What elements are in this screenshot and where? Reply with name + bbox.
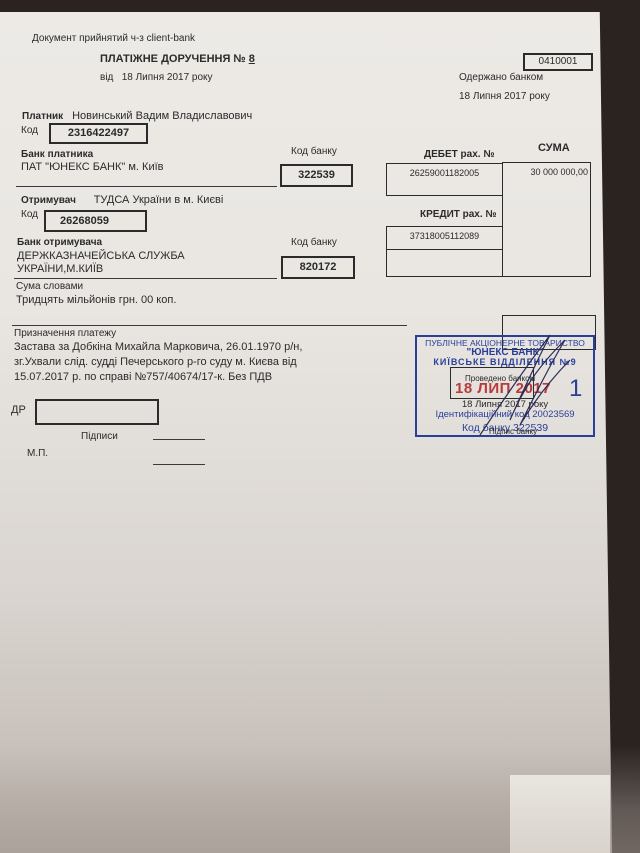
stamp-red-date: 18 ЛИП 2017 xyxy=(455,380,551,397)
recipient-code-box: 26268059 xyxy=(44,210,147,232)
received-label: Одержано банком xyxy=(459,72,543,83)
recipient-row: Отримувач ТУДСА України в м. Києві xyxy=(21,190,223,208)
form-code-box: 0410001 xyxy=(523,53,593,71)
recipient-label: Отримувач xyxy=(21,195,76,206)
dr-label: ДР xyxy=(11,404,26,416)
recipient-bank-name-2: УКРАЇНИ,М.КИЇВ xyxy=(17,263,103,275)
payer-row: Платник Новинський Вадим Владиславович xyxy=(22,106,252,124)
purpose-line-2: зг.Ухвали слід. судді Печерського р-го с… xyxy=(14,356,297,368)
amount-words-value: Тридцять мільйонів грн. 00 коп. xyxy=(16,294,176,306)
payer-bank-code-box: 322539 xyxy=(280,164,353,187)
bank-stamp: ПУБЛІЧНЕ АКЦІОНЕРНЕ ТОВАРИСТВО "ЮНЕКС БА… xyxy=(415,335,595,437)
sum-label: СУМА xyxy=(538,142,570,154)
signature-line-2 xyxy=(153,464,205,465)
dr-box xyxy=(35,399,159,425)
recipient-code-label: Код xyxy=(21,209,38,220)
payer-divider xyxy=(16,186,277,187)
payer-label: Платник xyxy=(22,111,63,122)
purpose-line-1: Застава за Добкіна Михайла Марковича, 26… xyxy=(14,341,302,353)
empty-cell xyxy=(386,249,503,277)
recipient-name: ТУДСА України в м. Києві xyxy=(94,194,224,206)
payer-name: Новинський Вадим Владиславович xyxy=(72,110,252,122)
payer-bank-code-label: Код банку xyxy=(291,146,337,157)
photo-glare xyxy=(510,775,610,853)
signatures-label: Підписи xyxy=(81,431,118,442)
purpose-label: Призначення платежу xyxy=(14,328,116,339)
signature-line-1 xyxy=(153,439,205,440)
date-value: 18 Липня 2017 року xyxy=(122,72,213,83)
payer-code-box: 2316422497 xyxy=(49,123,148,144)
debit-account-cell: 26259001182005 xyxy=(386,163,503,196)
amount-words-label: Сума словами xyxy=(16,281,83,292)
recipient-bank-code-label: Код банку xyxy=(291,237,337,248)
sum-cell: 30 000 000,00 xyxy=(502,162,591,277)
payer-bank-name: ПАТ "ЮНЕКС БАНК" м. Київ xyxy=(21,161,164,173)
document-title: ПЛАТІЖНЕ ДОРУЧЕННЯ № 8 xyxy=(100,53,255,65)
recipient-bank-code-box: 820172 xyxy=(281,256,355,279)
document-number: 8 xyxy=(249,53,255,65)
received-date: 18 Липня 2017 року xyxy=(459,91,550,102)
recipient-divider xyxy=(14,278,277,279)
document-date: від 18 Липня 2017 року xyxy=(100,72,213,83)
stamp-id-code: Ідентифікаційний код 20023569 xyxy=(417,409,593,420)
debit-label: ДЕБЕТ рах. № xyxy=(424,149,494,160)
purpose-divider xyxy=(12,325,407,326)
purpose-line-3: 15.07.2017 р. по справі №757/40674/17-к.… xyxy=(14,371,272,383)
date-prefix: від xyxy=(100,72,113,83)
title-text: ПЛАТІЖНЕ ДОРУЧЕННЯ № xyxy=(100,53,246,65)
recipient-bank-name-1: ДЕРЖКАЗНАЧЕЙСЬКА СЛУЖБА xyxy=(17,250,185,262)
payer-code-label: Код xyxy=(21,125,38,136)
recipient-bank-label: Банк отримувача xyxy=(17,237,102,248)
credit-account-cell: 37318005112089 xyxy=(386,226,503,250)
seal-label: М.П. xyxy=(27,448,48,459)
stamp-signature-label: Підпис банку xyxy=(489,427,537,436)
client-bank-note: Документ прийнятий ч-з client-bank xyxy=(32,33,195,44)
stamp-line-3: КИЇВСЬКЕ ВІДДІЛЕННЯ №9 xyxy=(417,357,593,367)
payer-bank-label: Банк платника xyxy=(21,149,93,160)
credit-label: КРЕДИТ рах. № xyxy=(420,209,497,220)
